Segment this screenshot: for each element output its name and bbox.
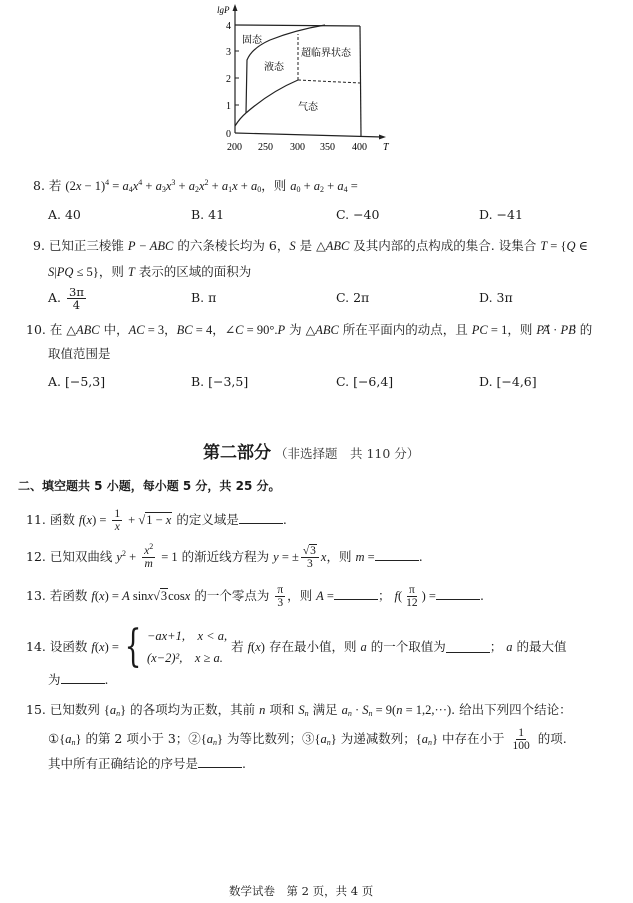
question-9: 9. 已知正三棱锥 P − ABC 的六条棱长均为 6，S 是 △ABC 及其内… <box>33 238 588 254</box>
y-tick-2: 2 <box>226 74 231 85</box>
y-tick-1: 1 <box>226 101 231 112</box>
label-solid: 固态 <box>242 33 263 46</box>
phase-diagram-svg: 0 1 2 3 4 lgP 200 250 300 350 400 T 固态 液… <box>200 0 400 160</box>
option-a: A. 3π4 <box>48 286 88 311</box>
x-tick-350: 350 <box>320 142 335 153</box>
option-b: B. π <box>191 290 216 305</box>
option-c: C. [−6,4] <box>336 374 393 389</box>
answer-blank[interactable] <box>198 756 242 768</box>
question-number: 9. <box>33 238 45 253</box>
question-number: 13. <box>26 588 46 603</box>
question-10: 10. 在 △ABC 中，AC = 3，BC = 4，∠C = 90°.P 为 … <box>26 322 592 338</box>
answer-blank[interactable] <box>436 588 480 600</box>
section-heading: 二、填空题共 5 小题，每小题 5 分，共 25 分。 <box>18 477 280 494</box>
question-number: 12. <box>26 549 46 564</box>
page-footer: 数学试卷 第 2 页，共 4 页 <box>229 883 373 899</box>
part-subtitle: （非选择题 共 110 分） <box>275 446 419 461</box>
question-12: 12. 已知双曲线 y2 + x2m = 1 的渐近线方程为 y = ±√33x… <box>26 545 423 570</box>
option-a: A. 40 <box>48 207 81 222</box>
answer-blank[interactable] <box>334 588 378 600</box>
y-tick-3: 3 <box>226 47 231 58</box>
label-gas: 气态 <box>298 100 319 113</box>
option-d: D. −41 <box>479 207 523 222</box>
answer-blank[interactable] <box>61 672 105 684</box>
piecewise-brace: { <box>125 625 142 669</box>
question-11: 11. 函数 f(x) = 1x + √1 − x 的定义域是. <box>26 508 287 533</box>
y-axis-label: lgP <box>217 5 230 15</box>
x-tick-400: 400 <box>352 142 367 153</box>
option-c: C. 2π <box>336 290 369 305</box>
option-b: B. 41 <box>191 207 224 222</box>
answer-blank[interactable] <box>446 641 490 653</box>
question-15-line2: ①{an} 的第 2 项小于 3；②{an} 为等比数列；③{an} 为递减数列… <box>48 727 567 752</box>
x-tick-250: 250 <box>258 142 273 153</box>
label-liquid: 液态 <box>264 60 285 73</box>
option-c: C. −40 <box>336 207 379 222</box>
question-15-line3: 其中所有正确结论的序号是. <box>48 756 246 772</box>
question-10-line2: 取值范围是 <box>48 346 111 362</box>
question-8: 8. 若 (2x − 1)4 = a4x4 + a3x3 + a2x2 + a1… <box>33 178 358 194</box>
option-b: B. [−3,5] <box>191 374 248 389</box>
phase-diagram: 0 1 2 3 4 lgP 200 250 300 350 400 T 固态 液… <box>200 0 400 160</box>
option-d: D. 3π <box>479 290 513 305</box>
answer-blank[interactable] <box>239 512 283 524</box>
question-number: 14. <box>26 639 46 655</box>
x-tick-200: 200 <box>227 142 242 153</box>
part-title: 第二部分 <box>203 443 271 463</box>
question-14-line2: 为. <box>48 672 109 688</box>
label-supercritical: 超临界状态 <box>301 46 352 59</box>
question-14: 14. 设函数 f(x) = { −ax+1, x < a, (x−2)², x… <box>26 622 566 672</box>
question-number: 11. <box>26 512 46 527</box>
piecewise-cases: −ax+1, x < a, (x−2)², x ≥ a. <box>147 625 227 669</box>
question-9-line2: S|PQ ≤ 5}，则 T 表示的区域的面积为 <box>48 264 251 280</box>
question-number: 10. <box>26 322 46 337</box>
question-15: 15. 已知数列 {an} 的各项均为正数，其前 n 项和 Sn 满足 an ·… <box>26 702 572 718</box>
x-tick-300: 300 <box>290 142 305 153</box>
question-number: 15. <box>26 702 46 717</box>
question-13: 13. 若函数 f(x) = A sinx√3cosx 的一个零点为 π3，则 … <box>26 584 484 609</box>
x-axis-label: T <box>383 142 390 153</box>
answer-blank[interactable] <box>375 549 419 561</box>
y-tick-4: 4 <box>226 21 231 32</box>
question-number: 8. <box>33 178 45 193</box>
y-tick-0: 0 <box>226 129 231 140</box>
option-a: A. [−5,3] <box>48 374 105 389</box>
part-2-heading: 第二部分 （非选择题 共 110 分） <box>203 438 419 463</box>
option-d: D. [−4,6] <box>479 374 537 389</box>
